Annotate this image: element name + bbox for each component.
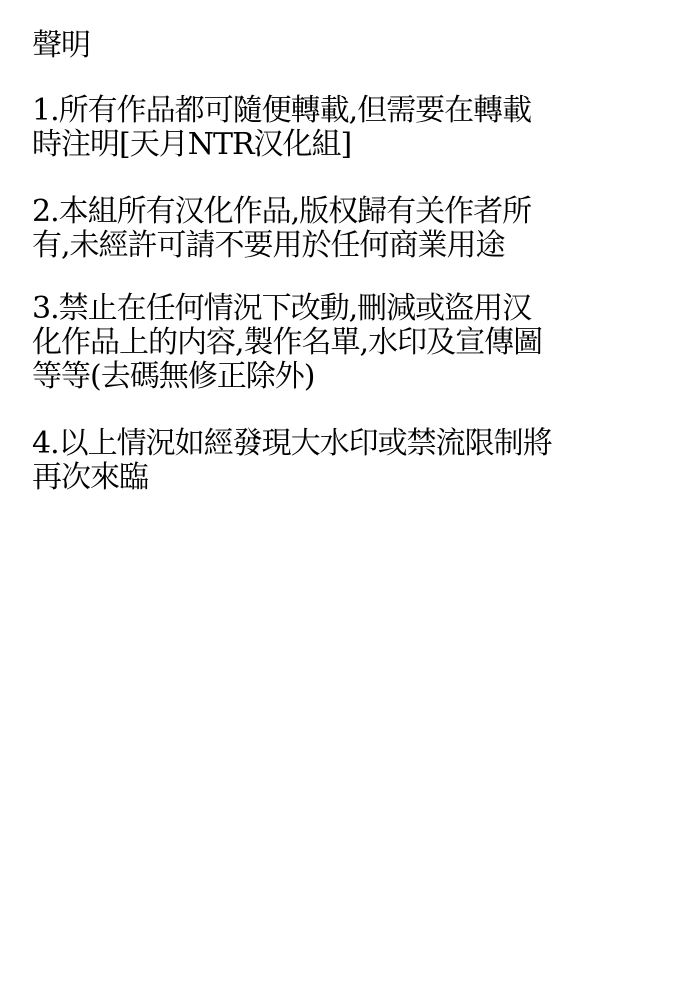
statement-item-3: 3.禁止在任何情況下改動,刪減或盜用汉 化作品上的内容,製作名單,水印及宣傳圖 …	[32, 292, 672, 394]
statement-line: 等等(去碼無修正除外)	[32, 360, 672, 394]
statement-line: 2.本組所有汉化作品,版权歸有关作者所	[32, 195, 672, 229]
page-title: 聲明	[32, 29, 672, 63]
statement-line: 4.以上情況如經發現大水印或禁流限制將	[32, 427, 672, 461]
title-text: 聲明	[32, 29, 672, 63]
statement-line: 化作品上的内容,製作名單,水印及宣傳圖	[32, 326, 672, 360]
disclaimer-page: 聲明 1.所有作品都可隨便轉載,但需要在轉載 時注明[天月NTR汉化組] 2.本…	[0, 0, 699, 992]
statement-line: 有,未經許可請不要用於任何商業用途	[32, 229, 672, 263]
statement-line: 再次來臨	[32, 461, 672, 495]
statement-line: 時注明[天月NTR汉化組]	[32, 128, 672, 162]
statement-line: 1.所有作品都可隨便轉載,但需要在轉載	[32, 94, 672, 128]
statement-line: 3.禁止在任何情況下改動,刪減或盜用汉	[32, 292, 672, 326]
statement-item-4: 4.以上情況如經發現大水印或禁流限制將 再次來臨	[32, 427, 672, 495]
statement-item-2: 2.本組所有汉化作品,版权歸有关作者所 有,未經許可請不要用於任何商業用途	[32, 195, 672, 263]
statement-item-1: 1.所有作品都可隨便轉載,但需要在轉載 時注明[天月NTR汉化組]	[32, 94, 672, 162]
